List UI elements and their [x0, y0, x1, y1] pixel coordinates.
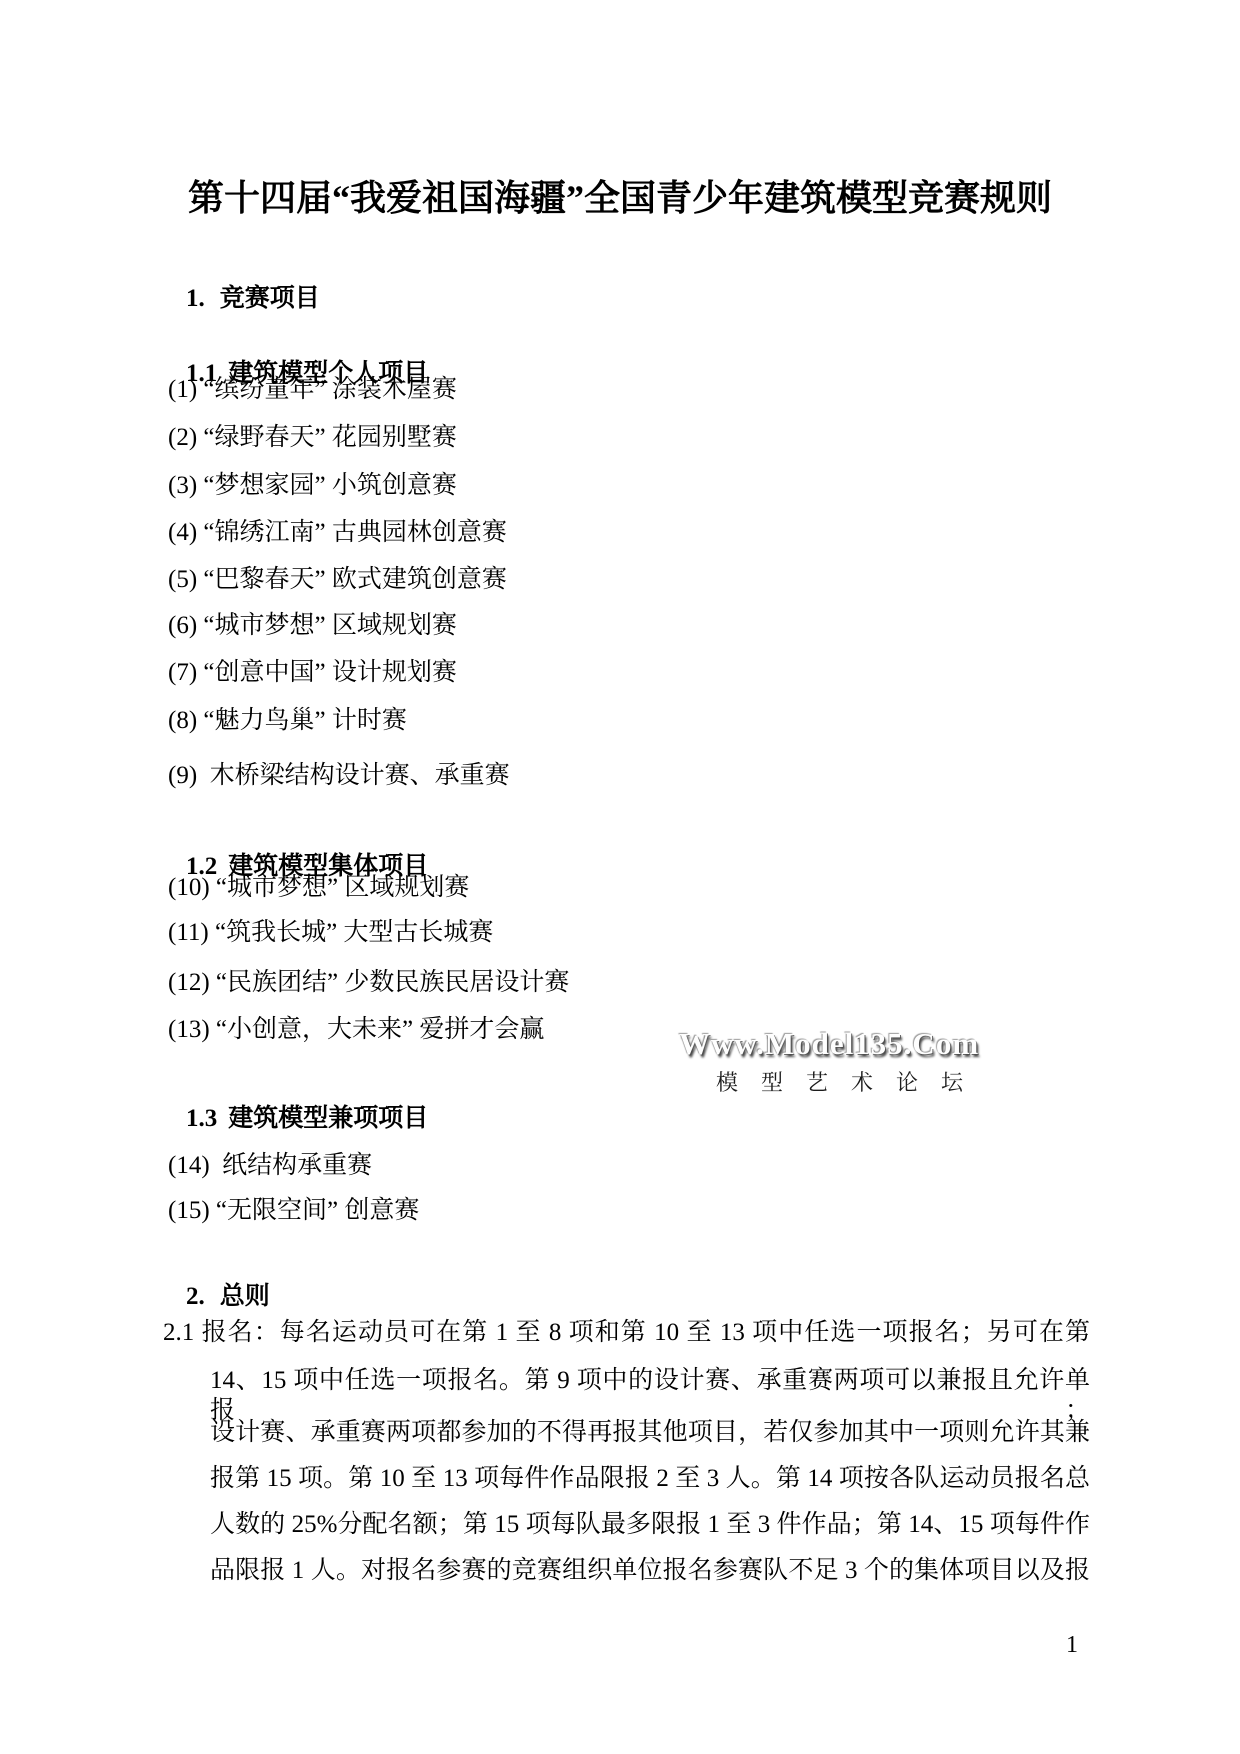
rule-2-1-line: 14、15 项中任选一项报名。第 9 项中的设计赛、承重赛两项可以兼报且允许单报…	[210, 1366, 1090, 1426]
section-label: 建筑模型兼项项目	[228, 1105, 428, 1132]
rule-2-1-line: 品限报 1 人。对报名参赛的竞赛组织单位报名参赛队不足 3 个的集体项目以及报	[210, 1556, 1090, 1586]
section-label: 竞赛项目	[220, 285, 320, 312]
section-heading-1: 1.竞赛项目	[161, 256, 320, 342]
competition-item-13: (13) “小创意，大未来” 爱拼才会赢	[168, 1016, 544, 1045]
section-number: 1.	[186, 285, 205, 314]
watermark-site-name: 模型艺术论坛	[716, 1066, 986, 1097]
competition-item-10: (10) “城市梦想” 区域规划赛	[168, 874, 469, 903]
subsection-heading-1-3: 1.3建筑模型兼项项目	[161, 1076, 428, 1162]
rule-2-1-line: 人数的 25%分配名额；第 15 项每队最多限报 1 至 3 件作品；第 14、…	[210, 1510, 1090, 1540]
competition-item-2: (2) “绿野春天” 花园别墅赛	[168, 424, 457, 453]
competition-item-15: (15) “无限空间” 创意赛	[168, 1197, 419, 1226]
competition-item-4: (4) “锦绣江南” 古典园林创意赛	[168, 519, 507, 548]
rule-2-1-line: 2.1 报名：每名运动员可在第 1 至 8 项和第 10 至 13 项中任选一项…	[163, 1318, 1090, 1348]
competition-item-5: (5) “巴黎春天” 欧式建筑创意赛	[168, 566, 507, 595]
rule-2-1-line: 报第 15 项。第 10 至 13 项每件作品限报 2 至 3 人。第 14 项…	[210, 1464, 1090, 1494]
competition-item-8: (8) “魅力鸟巢” 计时赛	[168, 707, 407, 736]
section-number: 1.3	[186, 1105, 217, 1134]
competition-item-1: (1) “缤纷童年” 涂装木屋赛	[168, 376, 457, 405]
watermark-site-url: Www.Model135.Com	[679, 1026, 979, 1062]
competition-item-6: (6) “城市梦想” 区域规划赛	[168, 612, 457, 641]
competition-item-14: (14) 纸结构承重赛	[168, 1152, 372, 1181]
competition-item-3: (3) “梦想家园” 小筑创意赛	[168, 472, 457, 501]
competition-item-11: (11) “筑我长城” 大型古长城赛	[168, 919, 493, 948]
document-title: 第十四届“我爱祖国海疆”全国青少年建筑模型竞赛规则	[0, 178, 1240, 219]
section-number: 2.	[186, 1283, 205, 1312]
document-page: 第十四届“我爱祖国海疆”全国青少年建筑模型竞赛规则 1.竞赛项目 1.1建筑模型…	[0, 0, 1240, 1754]
section-label: 总则	[220, 1283, 270, 1310]
competition-item-12: (12) “民族团结” 少数民族民居设计赛	[168, 969, 569, 998]
rule-2-1-line: 设计赛、承重赛两项都参加的不得再报其他项目，若仅参加其中一项则允许其兼	[210, 1418, 1090, 1448]
competition-item-9: (9) 木桥梁结构设计赛、承重赛	[168, 762, 510, 791]
competition-item-7: (7) “创意中国” 设计规划赛	[168, 659, 457, 688]
page-number: 1	[1066, 1632, 1078, 1660]
